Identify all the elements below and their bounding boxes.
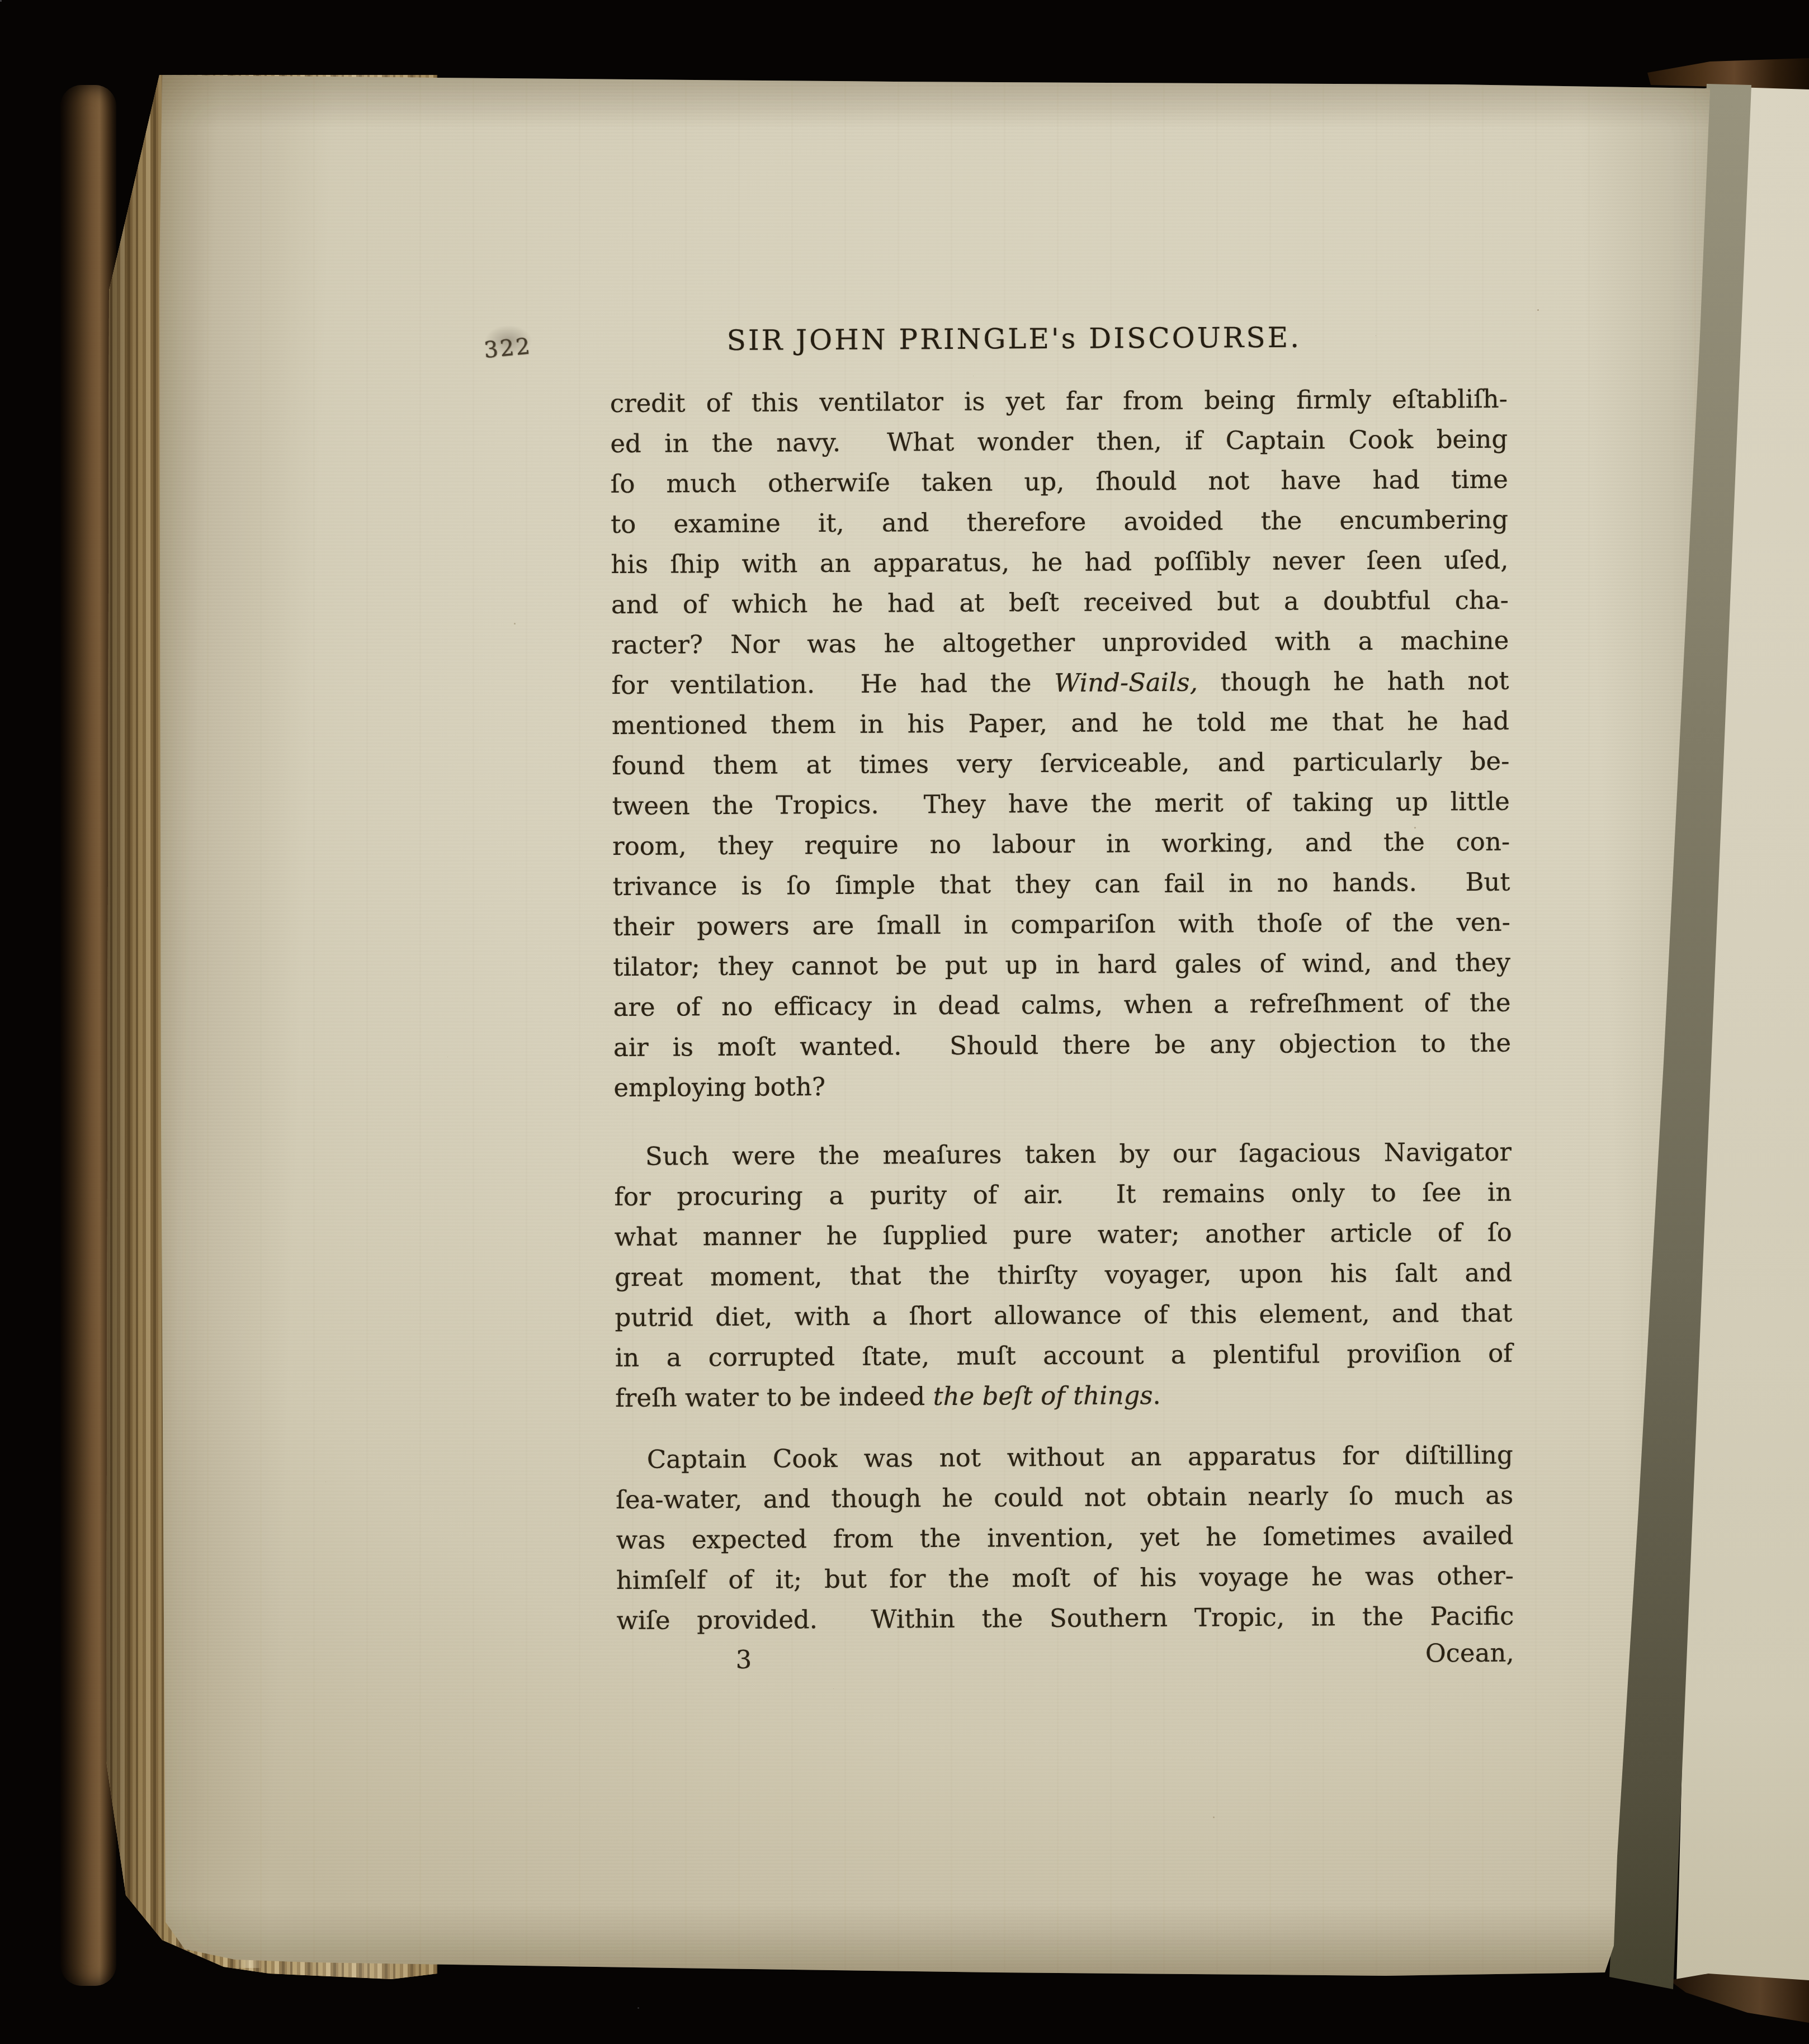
text-line: racter? Nor was he altogether unprovided… (611, 621, 1509, 665)
book-photo: 322 SIR JOHN PRINGLE's DISCOURSE. credit… (0, 0, 1809, 2044)
text-line: in a corrupted ſtate, muſt account a ple… (615, 1333, 1513, 1378)
paragraph-2: Such were the meaſures taken by our ſaga… (614, 1132, 1513, 1418)
italic-phrase: Wind-Sails, (1054, 668, 1198, 698)
text-line: mentioned them in his Paper, and he told… (612, 701, 1509, 746)
text-line: Such were the meaſures taken by our ſaga… (614, 1132, 1512, 1177)
text-line: room, they require no labour in working,… (612, 822, 1510, 867)
text-segment: for ventilation. He had the (611, 668, 1054, 700)
text-line: what manner he ſupplied pure water; anot… (615, 1213, 1512, 1257)
text-line: employing both? (613, 1063, 1511, 1108)
text-segment: freſh water to be indeed (615, 1381, 933, 1413)
text-line: was expected from the invention, yet he … (616, 1516, 1513, 1560)
italic-phrase: the beſt of things (933, 1380, 1153, 1411)
text-line: for ventilation. He had the Wind-Sails, … (611, 661, 1509, 706)
book-page: 322 SIR JOHN PRINGLE's DISCOURSE. credit… (155, 72, 1722, 1980)
text-line: and of which he had at beſt received but… (611, 580, 1509, 625)
text-line: himſelf of it; but for the moſt of his v… (616, 1556, 1514, 1601)
text-line: tilator; they cannot be put up in hard g… (613, 943, 1510, 987)
text-line: Captain Cook was not without an apparatu… (616, 1435, 1513, 1480)
text-line: tween the Tropics. They have the merit o… (612, 782, 1510, 826)
text-line: great moment, that the thirſty voyager, … (615, 1253, 1512, 1298)
text-line: his ſhip with an apparatus, he had poſſi… (611, 540, 1508, 585)
text-line: credit of this ventilator is yet far fro… (610, 379, 1508, 424)
text-line: for procuring a purity of air. It remain… (614, 1172, 1512, 1217)
text-line: trivance is ſo ſimple that they can fail… (612, 862, 1510, 907)
paragraph-1: credit of this ventilator is yet far fro… (610, 379, 1512, 1108)
folio-number: 322 (483, 333, 532, 363)
text-segment: though he hath not (1198, 666, 1509, 697)
text-line: found them at times very ſerviceable, an… (612, 741, 1509, 786)
text-segment: . (1153, 1380, 1161, 1410)
text-line: freſh water to be indeed the beſt of thi… (615, 1374, 1513, 1418)
catchword: Ocean, (617, 1633, 1514, 1678)
text-line: ſea-water, and though he could not obtai… (616, 1475, 1513, 1520)
text-line: ed in the navy. What wonder then, if Cap… (610, 419, 1508, 464)
running-header: SIR JOHN PRINGLE's DISCOURSE. (578, 320, 1450, 357)
text-line: to examine it, and therefore avoided the… (611, 500, 1508, 545)
text-line: air is moſt wanted. Should there be any … (613, 1023, 1511, 1068)
text-line: ſo much otherwiſe taken up, ſhould not h… (611, 460, 1508, 504)
page-content: 322 SIR JOHN PRINGLE's DISCOURSE. credit… (152, 68, 1728, 1985)
paper-speck (155, 72, 158, 74)
text-line: their powers are ſmall in compariſon wit… (613, 902, 1510, 947)
text-line: putrid diet, with a ſhort allowance of t… (615, 1293, 1512, 1338)
paragraph-3: Captain Cook was not without an apparatu… (616, 1435, 1514, 1641)
text-line: are of no efficacy in dead calms, when a… (613, 983, 1510, 1028)
dust-speck (0, 0, 2, 2)
